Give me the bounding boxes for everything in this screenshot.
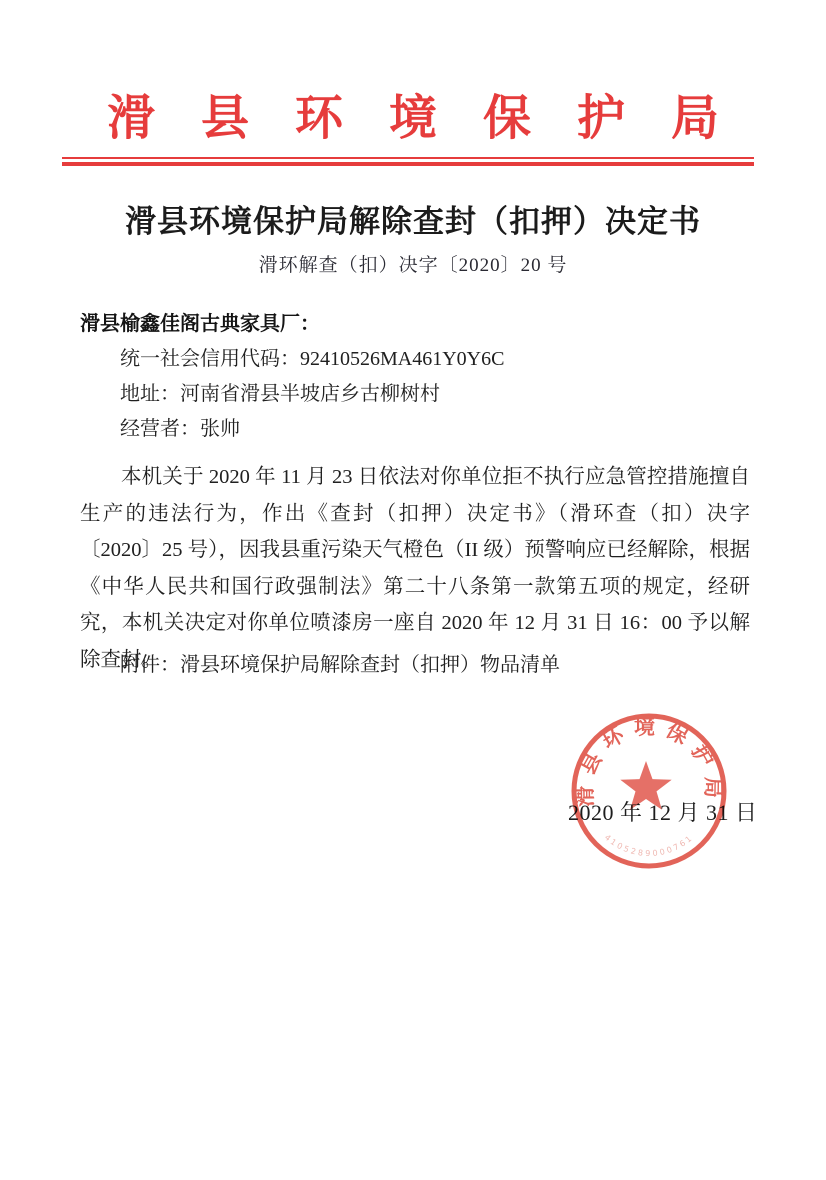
credit-code-line: 统一社会信用代码：92410526MA461Y0Y6C: [80, 342, 750, 377]
letterhead: 滑县环境保护局: [0, 94, 826, 144]
document-title: 滑县环境保护局解除查封（扣押）决定书: [0, 196, 826, 241]
recipient-name: 滑县榆鑫佳阁古典家具厂：: [80, 307, 750, 342]
seal-star-icon: [620, 761, 671, 810]
official-document-page: 滑县环境保护局 滑县环境保护局解除查封（扣押）决定书 滑环解查（扣）决字〔202…: [0, 0, 826, 1180]
seal-code-arc-text: 4105289000761: [603, 833, 695, 858]
operator-line: 经营者：张帅: [80, 412, 750, 447]
recipient-block: 滑县榆鑫佳阁古典家具厂： 统一社会信用代码：92410526MA461Y0Y6C…: [80, 307, 750, 447]
letterhead-divider-line: [62, 157, 754, 166]
attachment-line: 附件：滑县环境保护局解除查封（扣押）物品清单: [80, 648, 750, 677]
decision-paragraph: 本机关于 2020 年 11 月 23 日依法对你单位拒不执行应急管控措施擅自生…: [80, 459, 750, 678]
document-number: 滑环解查（扣）决字〔2020〕20 号: [0, 250, 826, 277]
address-line: 地址：河南省滑县半坡店乡古柳树村: [80, 377, 750, 412]
official-seal: 滑县环境保护局 4105289000761: [566, 708, 732, 874]
letterhead-agency-name: 滑县环境保护局: [107, 94, 765, 144]
seal-graphic: 滑县环境保护局 4105289000761: [566, 708, 732, 874]
